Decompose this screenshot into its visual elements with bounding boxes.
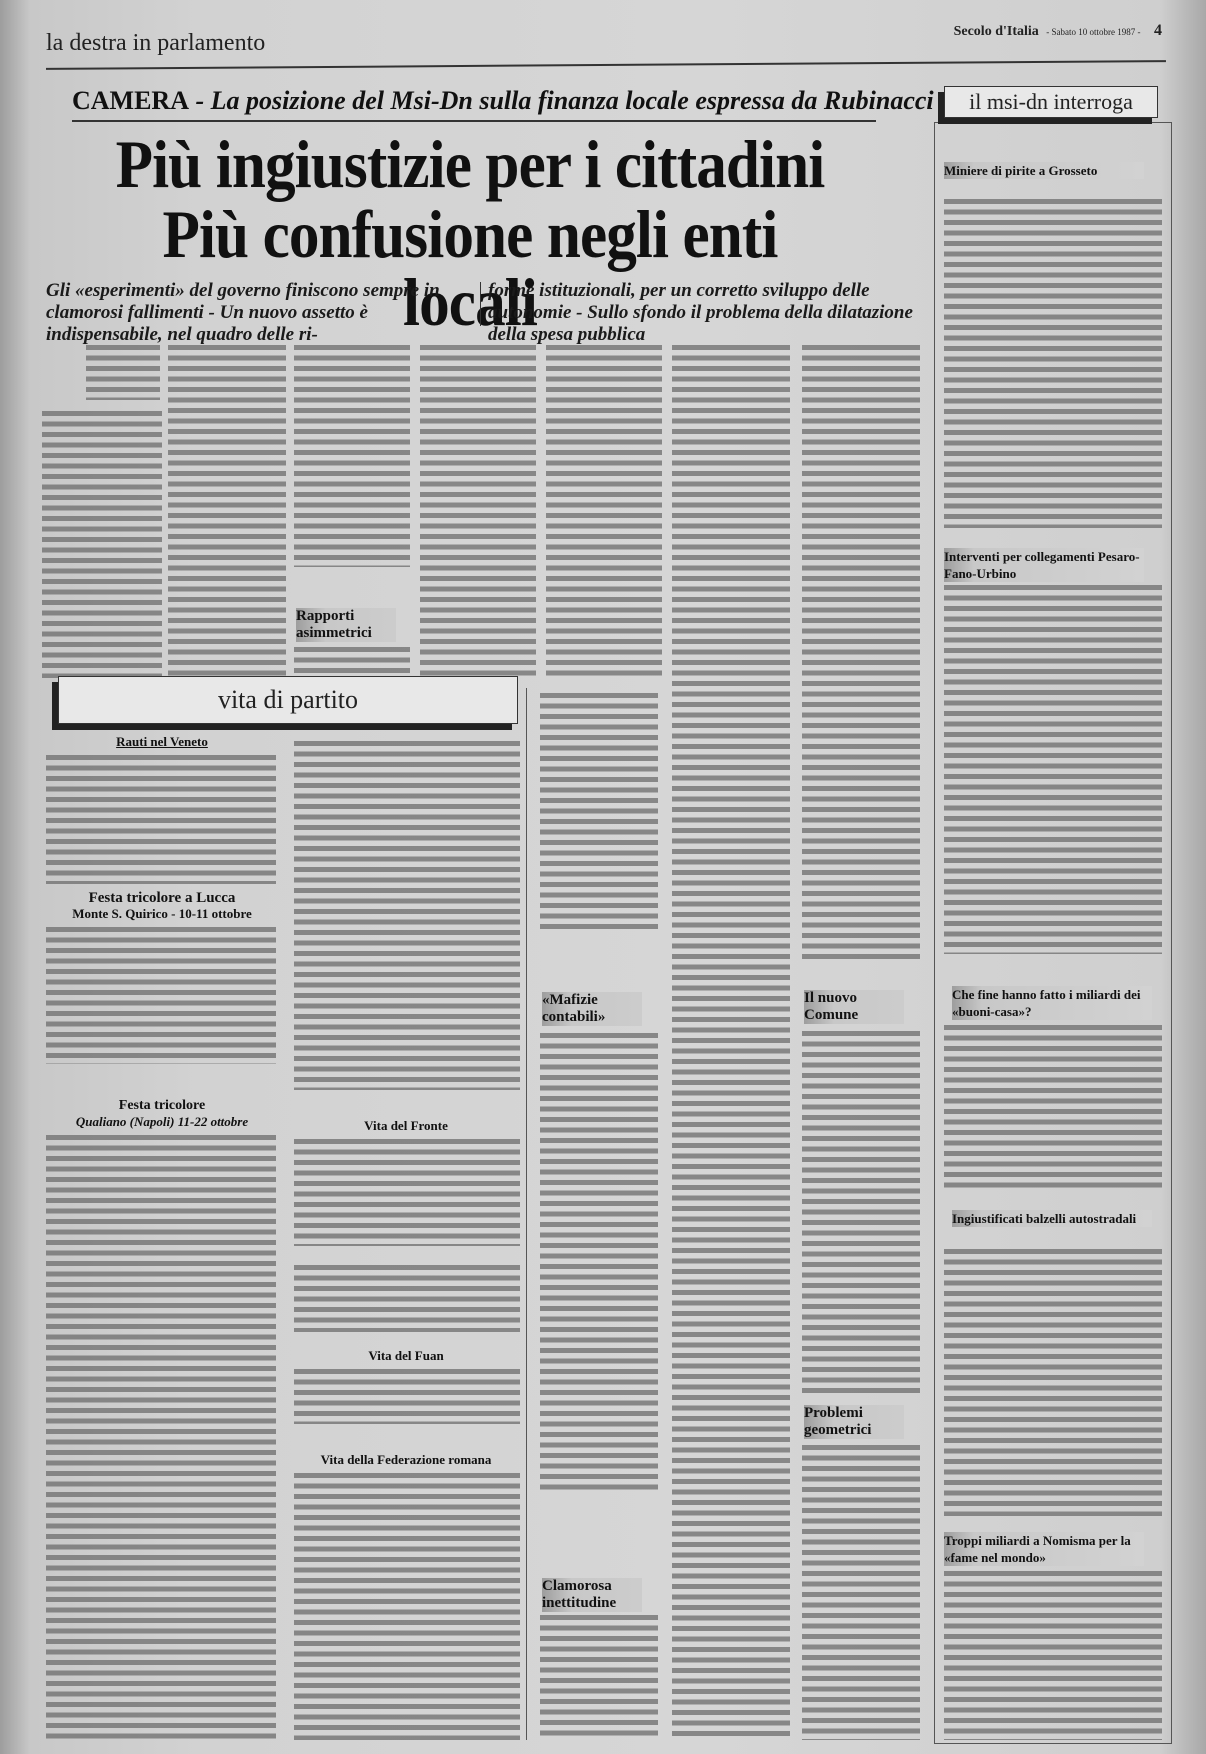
vita-section-lucca: Festa tricolore a Lucca [44, 890, 280, 907]
interroga-item-5-title: Troppi miliardi a Nomisma per la «fame n… [944, 1532, 1144, 1566]
header-rule [46, 60, 1166, 70]
interroga-item-3-text [944, 1022, 1162, 1190]
vita-text-6 [294, 1262, 520, 1332]
article-kicker: CAMERA - La posizione del Msi-Dn sulla f… [72, 86, 934, 116]
article-column-1 [42, 408, 162, 678]
vita-di-partito-title: vita di partito [59, 677, 517, 723]
vita-text-7 [294, 1366, 520, 1424]
vita-section-fuan: Vita del Fuan [292, 1348, 520, 1364]
vita-section-festa: Festa tricolore [44, 1098, 280, 1114]
article-column-8a [802, 342, 920, 962]
vita-text-4 [294, 738, 520, 1090]
section-label: la destra in parlamento [46, 30, 265, 57]
column-rule [526, 688, 527, 1740]
interroga-banner: il msi-dn interroga [944, 86, 1158, 118]
article-column-4 [420, 342, 536, 678]
vita-section-federazione: Vita della Federazione romana [292, 1452, 520, 1468]
vita-section-festa-subtitle: Qualiano (Napoli) 11-22 ottobre [44, 1114, 280, 1130]
vita-text-8 [294, 1470, 520, 1740]
subhead-nuovo-comune: Il nuovo Comune [804, 990, 904, 1024]
interroga-item-5-text [944, 1568, 1162, 1740]
headline-line-1: Più ingiustizie per i cittadini [101, 130, 839, 198]
interroga-item-1-title: Miniere di pirite a Grosseto [944, 162, 1144, 179]
article-column-7 [672, 342, 790, 1740]
subhead-mafizie: «Mafizie contabili» [542, 992, 642, 1026]
kicker-label: CAMERA [72, 86, 189, 115]
vita-text-5 [294, 1136, 520, 1246]
article-column-6b [540, 1030, 658, 1490]
interroga-item-1-text [944, 196, 1162, 528]
article-column-8b [802, 1028, 920, 1398]
kicker-rule [72, 120, 876, 122]
article-column-2 [168, 342, 286, 678]
article-column-8c [802, 1442, 920, 1740]
intro-text [86, 342, 160, 400]
vita-text-1 [46, 752, 276, 884]
vita-di-partito-banner: vita di partito [58, 676, 518, 724]
deck-left: Gli «esperimenti» del governo finiscono … [46, 280, 476, 346]
deck-right: forme istituzionali, per un corretto svi… [488, 280, 920, 346]
interroga-item-4-title: Ingiustificati balzelli autostradali [952, 1210, 1152, 1227]
article-column-5 [546, 342, 662, 678]
vita-text-2 [46, 924, 276, 1064]
vita-section-fronte: Vita del Fronte [292, 1118, 520, 1134]
article-column-3b [294, 644, 410, 678]
issue-date: - Sabato 10 ottobre 1987 - [1046, 27, 1140, 37]
interroga-item-4-text [944, 1246, 1162, 1516]
vita-section-rauti: Rauti nel Veneto [44, 734, 280, 750]
article-column-6a [540, 690, 658, 930]
page-number: 4 [1154, 22, 1162, 39]
interroga-title: il msi-dn interroga [945, 87, 1157, 117]
interroga-item-2-text [944, 582, 1162, 954]
newspaper-page: la destra in parlamento Secolo d'Italia … [0, 0, 1206, 1754]
interroga-item-2-title: Interventi per collegamenti Pesaro-Fano-… [944, 548, 1144, 582]
kicker-text: - La posizione del Msi-Dn sulla finanza … [189, 86, 934, 115]
vita-section-lucca-subtitle: Monte S. Quirico - 10-11 ottobre [44, 906, 280, 922]
newspaper-name: Secolo d'Italia [954, 24, 1039, 39]
subhead-clamorosa: Clamorosa inettitudine [542, 1578, 642, 1612]
subhead-rapporti: Rapporti asimmetrici [296, 608, 396, 642]
article-column-6c [540, 1612, 658, 1740]
deck-separator [480, 282, 481, 326]
vita-text-3 [46, 1132, 276, 1740]
interroga-item-3-title: Che fine hanno fatto i miliardi dei «buo… [952, 986, 1152, 1020]
masthead: Secolo d'Italia - Sabato 10 ottobre 1987… [954, 22, 1162, 40]
subhead-problemi: Problemi geometrici [804, 1405, 904, 1439]
article-column-3a [294, 342, 410, 567]
